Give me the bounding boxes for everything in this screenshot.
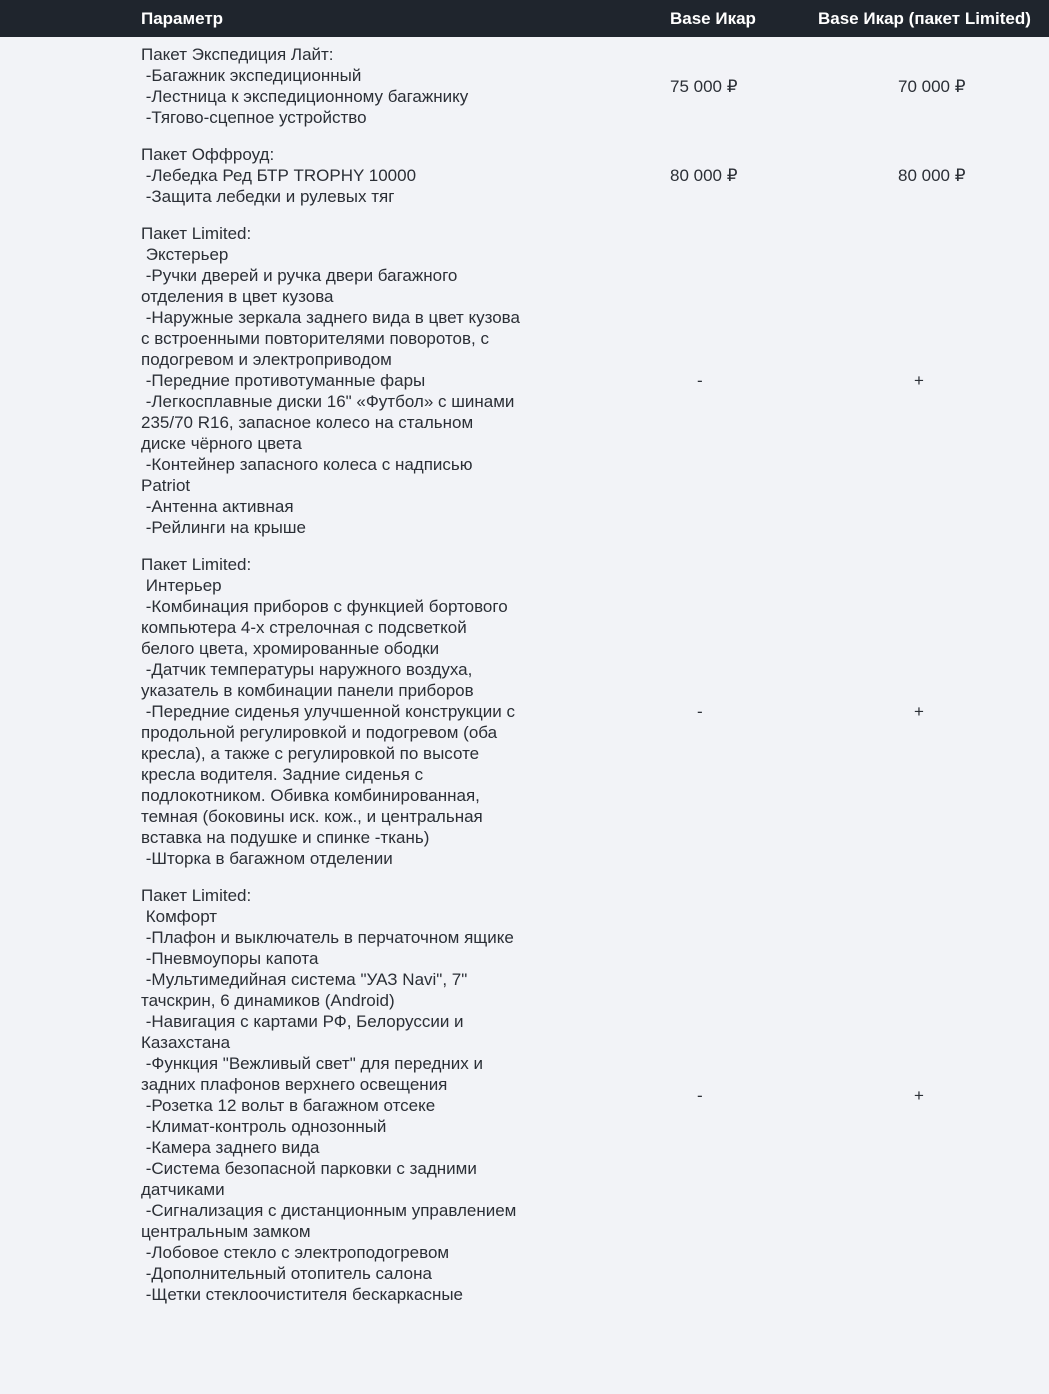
package-title: Пакет Limited:: [141, 554, 521, 575]
base-value: -: [521, 877, 818, 1313]
limited-value: 70 000 ₽: [818, 37, 1049, 136]
parameter-cell: Пакет Limited: Экстерьер -Ручки дверей и…: [141, 215, 521, 546]
package-item: -Антенна активная: [141, 496, 521, 517]
table-header-row: Параметр Base Икар Base Икар (пакет Limi…: [0, 0, 1049, 37]
header-spacer: [0, 0, 141, 37]
base-value: -: [521, 546, 818, 877]
row-spacer: [0, 546, 141, 877]
header-limited: Base Икар (пакет Limited): [818, 0, 1049, 37]
package-item: -Наружные зеркала заднего вида в цвет ку…: [141, 307, 521, 370]
package-item: -Плафон и выключатель в перчаточном ящик…: [141, 927, 521, 948]
package-item: -Комбинация приборов с функцией бортовог…: [141, 596, 521, 659]
package-item: -Функция "Вежливый свет" для передних и …: [141, 1053, 521, 1095]
parameter-cell: Пакет Оффроуд: -Лебедка Ред БТР TROPHY 1…: [141, 136, 521, 215]
table-row: Пакет Limited: Комфорт -Плафон и выключа…: [0, 877, 1049, 1313]
limited-value: 80 000 ₽: [818, 136, 1049, 215]
package-item: -Передние противотуманные фары: [141, 370, 521, 391]
table-row: Пакет Оффроуд: -Лебедка Ред БТР TROPHY 1…: [0, 136, 1049, 215]
table-row: Пакет Limited: Интерьер -Комбинация приб…: [0, 546, 1049, 877]
parameter-cell: Пакет Экспедиция Лайт: -Багажник экспеди…: [141, 37, 521, 136]
package-item: -Багажник экспедиционный: [141, 65, 521, 86]
limited-value: +: [818, 215, 1049, 546]
package-item: -Мультимедийная система "УАЗ Navi", 7" т…: [141, 969, 521, 1011]
package-title: Пакет Оффроуд:: [141, 144, 521, 165]
package-item: -Навигация с картами РФ, Белоруссии и Ка…: [141, 1011, 521, 1053]
package-title: Пакет Limited:: [141, 223, 521, 244]
base-value: -: [521, 215, 818, 546]
header-parameter: Параметр: [141, 0, 521, 37]
package-item: -Тягово-сцепное устройство: [141, 107, 521, 128]
package-item: -Контейнер запасного колеса с надписью P…: [141, 454, 521, 496]
package-item: -Ручки дверей и ручка двери багажного от…: [141, 265, 521, 307]
limited-value: +: [818, 877, 1049, 1313]
base-value: 80 000 ₽: [521, 136, 818, 215]
row-spacer: [0, 136, 141, 215]
package-item: -Дополнительный отопитель салона: [141, 1263, 521, 1284]
row-spacer: [0, 215, 141, 546]
limited-value: +: [818, 546, 1049, 877]
table-row: Пакет Экспедиция Лайт: -Багажник экспеди…: [0, 37, 1049, 136]
package-item: -Датчик температуры наружного воздуха, у…: [141, 659, 521, 701]
package-item: -Лобовое стекло с электроподогревом: [141, 1242, 521, 1263]
parameter-cell: Пакет Limited: Комфорт -Плафон и выключа…: [141, 877, 521, 1313]
package-item: -Система безопасной парковки с задними д…: [141, 1158, 521, 1200]
package-item: -Передние сиденья улучшенной конструкции…: [141, 701, 521, 848]
package-item: -Сигнализация с дистанционным управление…: [141, 1200, 521, 1242]
parameter-cell: Пакет Limited: Интерьер -Комбинация приб…: [141, 546, 521, 877]
row-spacer: [0, 37, 141, 136]
package-item: -Лестница к экспедиционному багажнику: [141, 86, 521, 107]
comparison-table: Параметр Base Икар Base Икар (пакет Limi…: [0, 0, 1049, 1313]
package-title: Пакет Limited:: [141, 885, 521, 906]
package-item: -Шторка в багажном отделении: [141, 848, 521, 869]
package-item: Интерьер: [141, 575, 521, 596]
package-item: -Камера заднего вида: [141, 1137, 521, 1158]
header-base: Base Икар: [521, 0, 818, 37]
row-spacer: [0, 877, 141, 1313]
base-value: 75 000 ₽: [521, 37, 818, 136]
package-item: -Щетки стеклоочистителя бескаркасные: [141, 1284, 521, 1305]
package-item: -Климат-контроль однозонный: [141, 1116, 521, 1137]
package-item: Комфорт: [141, 906, 521, 927]
package-item: -Легкосплавные диски 16" «Футбол» с шина…: [141, 391, 521, 454]
package-item: -Рейлинги на крыше: [141, 517, 521, 538]
package-item: -Лебедка Ред БТР TROPHY 10000: [141, 165, 521, 186]
table-row: Пакет Limited: Экстерьер -Ручки дверей и…: [0, 215, 1049, 546]
package-item: -Пневмоупоры капота: [141, 948, 521, 969]
package-item: Экстерьер: [141, 244, 521, 265]
package-title: Пакет Экспедиция Лайт:: [141, 44, 521, 65]
package-item: -Защита лебедки и рулевых тяг: [141, 186, 521, 207]
package-item: -Розетка 12 вольт в багажном отсеке: [141, 1095, 521, 1116]
